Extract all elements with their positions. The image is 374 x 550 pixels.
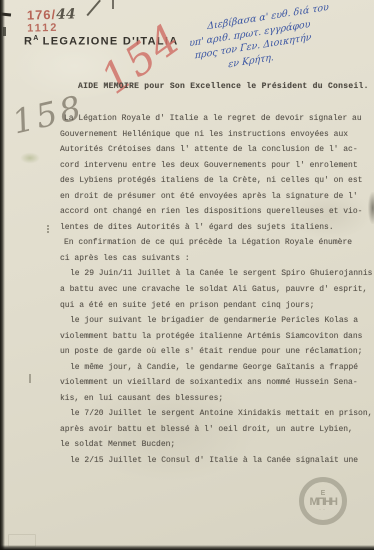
handwritten-note: Διεβίβασα α' ευθ. διά του υπ' αριθ. πρωτ… xyxy=(187,0,372,78)
body-line: le 7/20 Juillet le sergent Antoine Xinid… xyxy=(60,406,370,422)
letterhead-prefix: R xyxy=(24,36,33,48)
body-line: violemment un vieillard de soixantedix a… xyxy=(60,375,370,391)
body-line: cord intervenu entre les deux Gouverneme… xyxy=(60,158,370,174)
registry-number-stamped: 176/ xyxy=(27,7,57,23)
body-line: le jour suivant le brigadier de gendarme… xyxy=(60,313,370,329)
body-line: La Légation Royale d' Italie a le regret… xyxy=(60,111,370,127)
registry-number-2: 1112 xyxy=(27,21,76,34)
scan-edge-left xyxy=(0,0,5,550)
body-line: a battu avec une cravache le soldat Ali … xyxy=(60,282,370,298)
watermark-letters: ΜΠΗΗ xyxy=(310,497,337,508)
ink-speck xyxy=(29,374,31,383)
scanned-document-page: 176/44 1112 RA LEGAZIONE D'ITALIA 154 15… xyxy=(0,0,374,550)
body-line: le même jour, à Candie, le gendarme Geor… xyxy=(60,360,370,376)
body-line: Gouvernement Hellénique que ni les instr… xyxy=(60,127,370,143)
scan-edge-bottom xyxy=(0,545,374,550)
body-line: ci après les cas suivants : xyxy=(60,251,370,267)
body-line: lentes de dites Autorités à l' égard des… xyxy=(60,220,370,236)
archive-watermark-stamp: Ε ΜΠΗΗ ·· xyxy=(299,477,347,525)
scan-mark-top xyxy=(112,0,114,9)
body-line: des Lybiens protégés italiens de la Crèt… xyxy=(60,173,370,189)
body-line: qui a été en suite jeté en prison pendan… xyxy=(60,298,370,314)
watermark-bottom-marks: ·· xyxy=(319,508,327,513)
document-body: La Légation Royale d' Italie a le regret… xyxy=(60,111,370,469)
body-line: violemment battu la protégée italienne A… xyxy=(60,329,370,345)
body-line: accord ont changé en rien les dispositio… xyxy=(60,204,370,220)
document-title: AIDE MEMOIRE pour Son Excellence le Prés… xyxy=(78,82,369,91)
body-line: le 2/15 Juillet le Consul d' Italie à la… xyxy=(60,453,370,469)
body-line: un poste de garde où elle s' était rendu… xyxy=(60,344,370,360)
body-line: Autorités Crétoises dans l' attente de l… xyxy=(60,142,370,158)
ink-speck xyxy=(47,225,52,233)
faint-corner-mark xyxy=(8,534,36,547)
body-line: en droit de présumer ont été envoyées ap… xyxy=(60,189,370,205)
registry-stamp: 176/44 1112 xyxy=(27,6,76,34)
body-line: le soldat Menmet Bucden; xyxy=(60,437,370,453)
strike-mark xyxy=(86,0,101,16)
body-line: kis, en lui causant des blessures; xyxy=(60,391,370,407)
body-line: après avoir battu et blessé à l' oeil dr… xyxy=(60,422,370,438)
body-line: En confirmation de ce qui précède la Lég… xyxy=(60,235,370,251)
registry-number-handwritten: 44 xyxy=(56,6,76,23)
body-line: le 29 Juin/11 Juillet à la Canée le serg… xyxy=(60,266,370,282)
scan-mark-corner-dot xyxy=(3,27,6,36)
